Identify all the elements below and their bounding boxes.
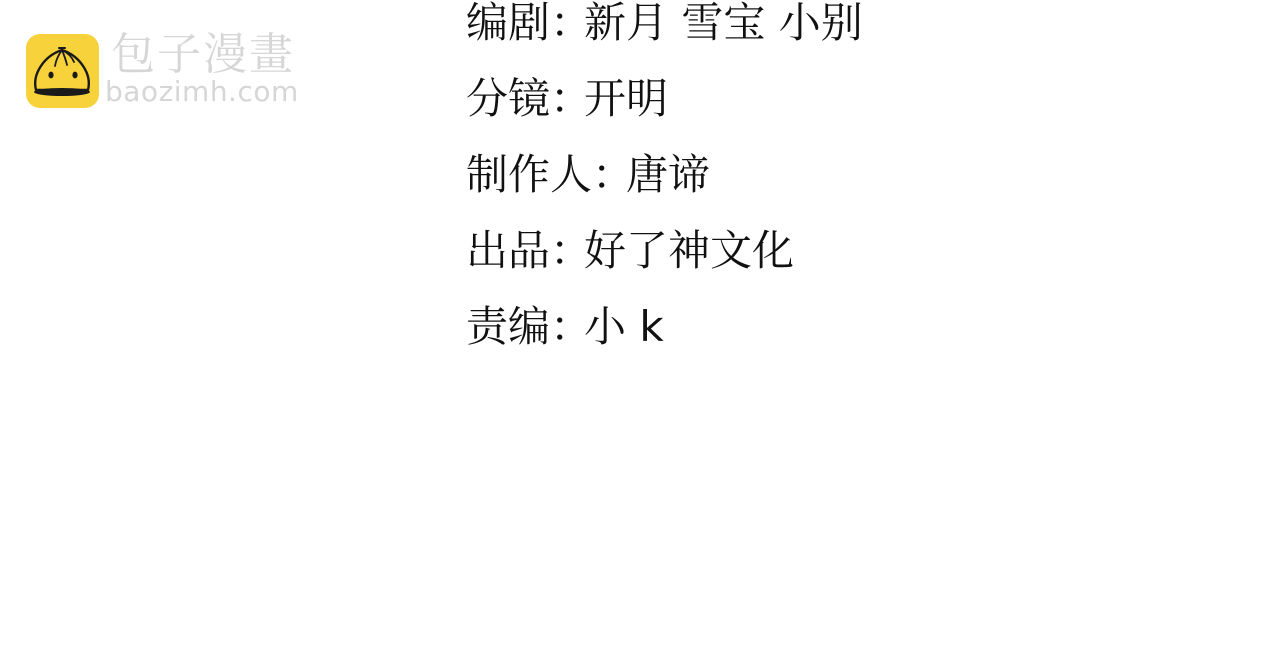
credit-value: 唐谛 xyxy=(626,142,710,202)
watermark-title: 包子漫畫 xyxy=(111,30,299,80)
credit-value: 新月 雪宝 小别 xyxy=(584,0,863,50)
credit-role: 分镜 xyxy=(466,66,550,126)
credit-role: 编剧 xyxy=(466,0,550,50)
credit-row-editor: 责编：小 k xyxy=(466,286,863,362)
watermark-text: 包子漫畫 baozimh.com xyxy=(111,36,299,106)
watermark-domain: baozimh.com xyxy=(105,78,299,106)
credit-row-producer: 制作人：唐谛 xyxy=(466,134,863,210)
credit-value: 开明 xyxy=(584,66,668,126)
credit-separator: ： xyxy=(550,0,584,50)
credit-row-writer: 编剧：新月 雪宝 小别 xyxy=(466,0,863,58)
credit-separator: ： xyxy=(550,66,584,126)
site-watermark: 包子漫畫 baozimh.com xyxy=(26,34,299,108)
credit-separator: ： xyxy=(592,142,626,202)
steamed-bun-icon xyxy=(26,34,99,108)
credit-value: 好了神文化 xyxy=(584,218,794,278)
credit-role: 制作人 xyxy=(466,142,592,202)
credits-list: 编剧：新月 雪宝 小别 分镜：开明 制作人：唐谛 出品：好了神文化 责编：小 k xyxy=(466,0,863,362)
credit-role: 出品 xyxy=(466,218,550,278)
comic-credits-page: 包子漫畫 baozimh.com 编剧：新月 雪宝 小别 分镜：开明 制作人：唐… xyxy=(0,0,1280,668)
credit-row-publisher: 出品：好了神文化 xyxy=(466,210,863,286)
credit-value: 小 k xyxy=(584,294,664,354)
credit-separator: ： xyxy=(550,218,584,278)
credit-role: 责编 xyxy=(466,294,550,354)
credit-row-storyboard: 分镜：开明 xyxy=(466,58,863,134)
credit-separator: ： xyxy=(550,294,584,354)
